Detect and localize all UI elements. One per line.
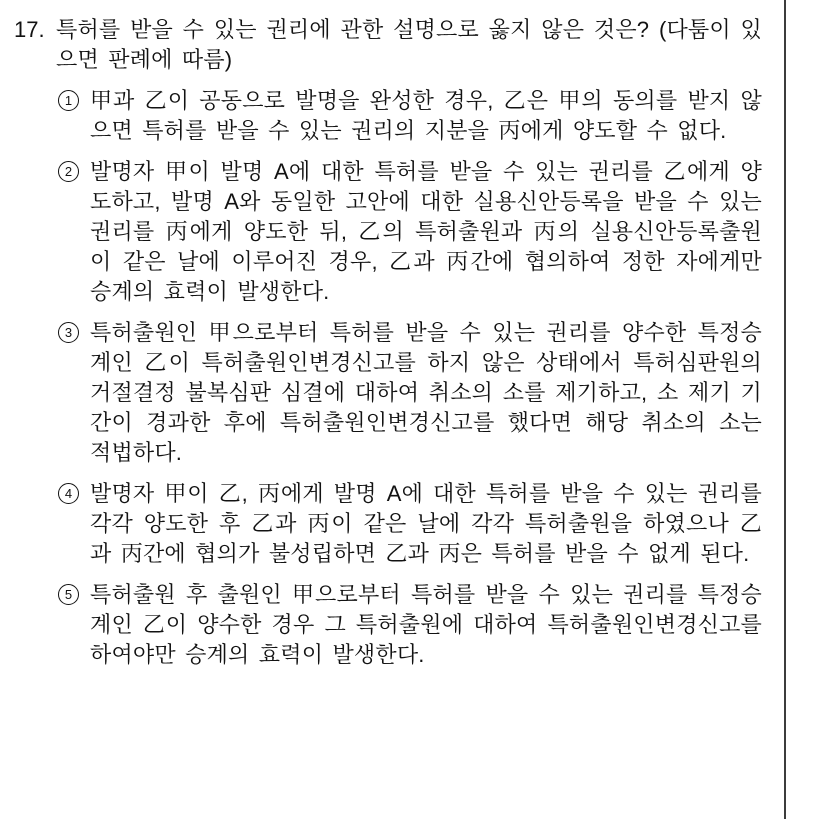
option-3-text: 특허출원인 甲으로부터 특허를 받을 수 있는 권리를 양수한 특정승계인 乙이… xyxy=(90,318,762,468)
option-5-marker-cell: 5 xyxy=(58,580,90,670)
question-number: 17. xyxy=(14,15,56,75)
circled-number-4-icon: 4 xyxy=(58,483,79,504)
option-4-marker-cell: 4 xyxy=(58,479,90,569)
option-1-marker-cell: 1 xyxy=(58,86,90,146)
option-3: 3 특허출원인 甲으로부터 특허를 받을 수 있는 권리를 양수한 특정승계인 … xyxy=(58,318,762,468)
option-4: 4 발명자 甲이 乙, 丙에게 발명 A에 대한 특허를 받을 수 있는 권리를… xyxy=(58,479,762,569)
circled-number-2-icon: 2 xyxy=(58,161,79,182)
option-5: 5 특허출원 후 출원인 甲으로부터 특허를 받을 수 있는 권리를 특정승계인… xyxy=(58,580,762,670)
circled-number-1-icon: 1 xyxy=(58,90,79,111)
circled-number-5-icon: 5 xyxy=(58,584,79,605)
option-1: 1 甲과 乙이 공동으로 발명을 완성한 경우, 乙은 甲의 동의를 받지 않으… xyxy=(58,86,762,146)
option-5-text: 특허출원 후 출원인 甲으로부터 특허를 받을 수 있는 권리를 특정승계인 乙… xyxy=(90,580,762,670)
exam-page: 17. 특허를 받을 수 있는 권리에 관한 설명으로 옳지 않은 것은? (다… xyxy=(0,0,826,819)
question-17: 17. 특허를 받을 수 있는 권리에 관한 설명으로 옳지 않은 것은? (다… xyxy=(14,15,762,75)
option-2-marker-cell: 2 xyxy=(58,157,90,307)
question-block: 17. 특허를 받을 수 있는 권리에 관한 설명으로 옳지 않은 것은? (다… xyxy=(14,15,762,670)
option-1-text: 甲과 乙이 공동으로 발명을 완성한 경우, 乙은 甲의 동의를 받지 않으면 … xyxy=(90,86,762,146)
option-3-marker-cell: 3 xyxy=(58,318,90,468)
circled-number-3-icon: 3 xyxy=(58,322,79,343)
question-text: 특허를 받을 수 있는 권리에 관한 설명으로 옳지 않은 것은? (다툼이 있… xyxy=(56,15,762,75)
column-divider-rule xyxy=(784,0,786,819)
option-2: 2 발명자 甲이 발명 A에 대한 특허를 받을 수 있는 권리를 乙에게 양도… xyxy=(58,157,762,307)
option-2-text: 발명자 甲이 발명 A에 대한 특허를 받을 수 있는 권리를 乙에게 양도하고… xyxy=(90,157,762,307)
option-4-text: 발명자 甲이 乙, 丙에게 발명 A에 대한 특허를 받을 수 있는 권리를 각… xyxy=(90,479,762,569)
